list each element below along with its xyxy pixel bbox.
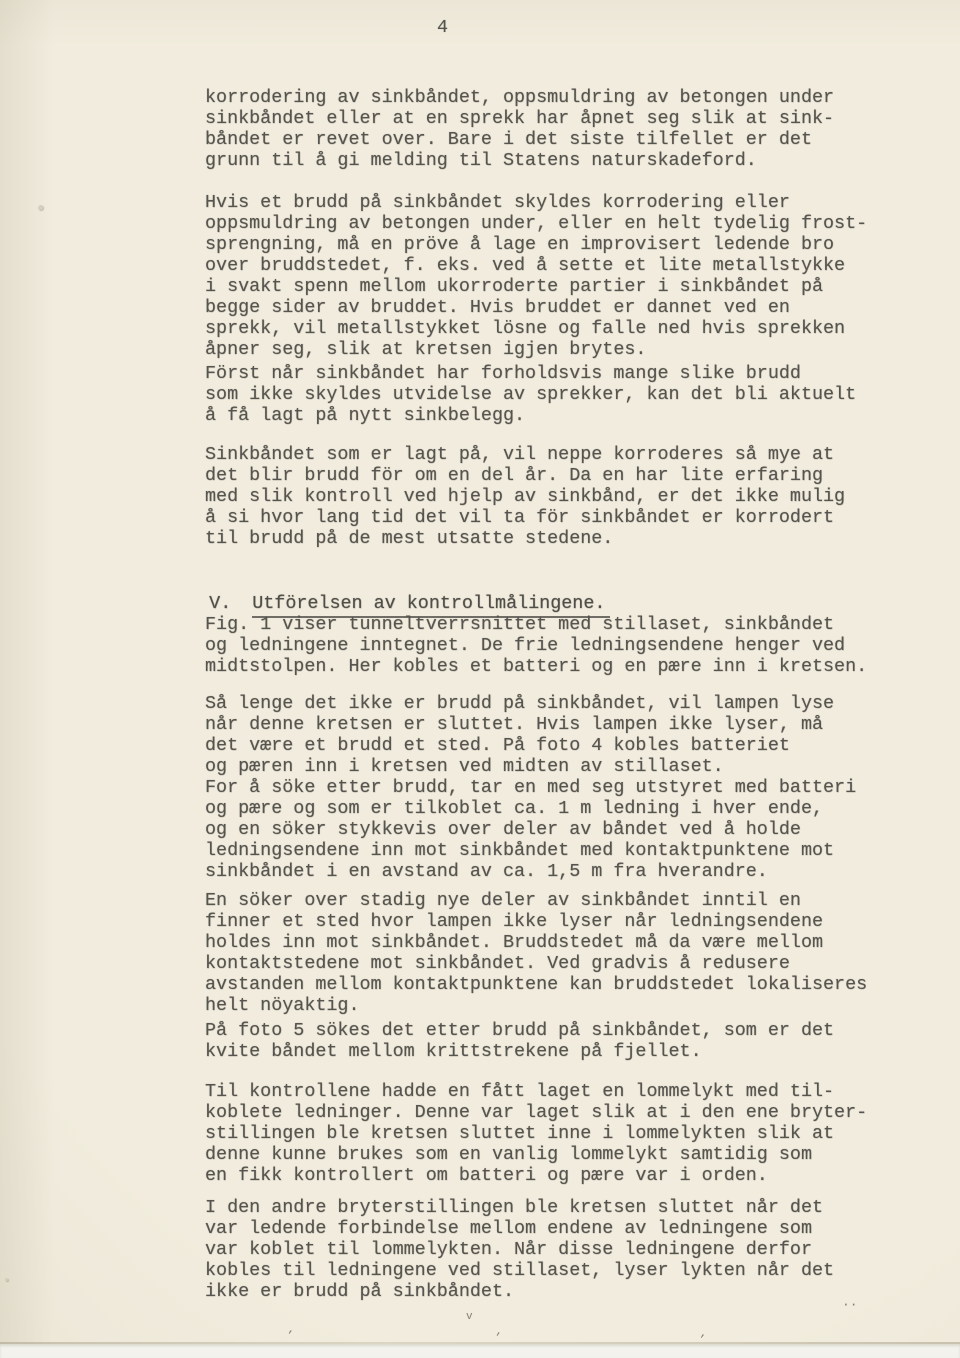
paragraph-nytt-sinkbelegg: Först når sinkbåndet har forholdsvis man… bbox=[205, 363, 856, 426]
paragraph-fig1: Fig. 1 viser tunneltverrsnittet med stil… bbox=[205, 614, 867, 677]
paragraph-lommelykt: Til kontrollene hadde en fått laget en l… bbox=[205, 1081, 867, 1186]
scanned-typewritten-page: 4 korrodering av sinkbåndet, oppsmuldrin… bbox=[0, 0, 960, 1358]
scan-artifact-mark: ·· bbox=[842, 1298, 858, 1311]
paper-speck bbox=[38, 205, 43, 210]
paragraph-lokalisere-brudd: En söker over stadig nye deler av sinkbå… bbox=[205, 890, 867, 1016]
paragraph-intro-continuation: korrodering av sinkbåndet, oppsmuldring … bbox=[205, 87, 834, 171]
scan-background-strip bbox=[0, 1344, 960, 1358]
paragraph-foto5: På foto 5 sökes det etter brudd på sinkb… bbox=[205, 1020, 834, 1062]
paragraph-brudd-korrodering: Hvis et brudd på sinkbåndet skyldes korr… bbox=[205, 192, 867, 360]
scan-artifact-mark: v bbox=[466, 1312, 473, 1323]
paragraph-andre-bryterstilling: I den andre bryterstillingen ble kretsen… bbox=[205, 1197, 834, 1302]
section-numeral: V. bbox=[209, 593, 231, 614]
paper-speck bbox=[5, 1278, 8, 1281]
paragraph-lampe-soek: Så lenge det ikke er brudd på sinkbåndet… bbox=[205, 693, 856, 882]
paragraph-sinkbaand-erfaring: Sinkbåndet som er lagt på, vil neppe kor… bbox=[205, 444, 845, 549]
scan-artifact-mark: ’ bbox=[285, 1329, 294, 1342]
page-number: 4 bbox=[437, 17, 448, 38]
